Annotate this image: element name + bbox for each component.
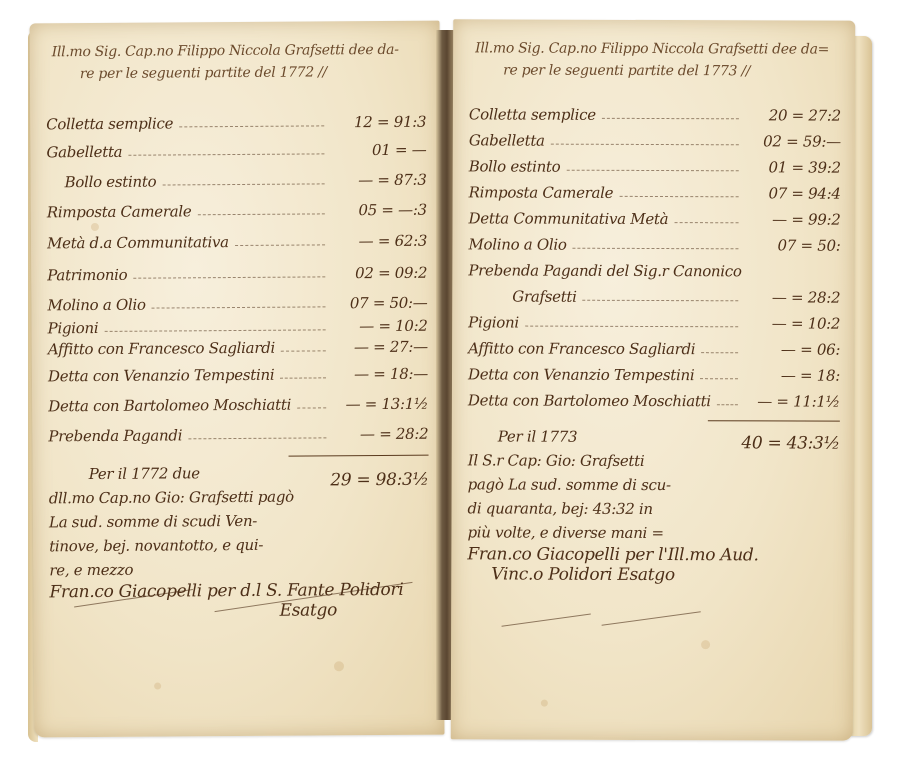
total-amount: 40 = 43:3½ xyxy=(741,433,839,453)
note-line: dll.mo Cap.no Gio: Grafsetti pagò xyxy=(49,485,294,511)
ledger-row: Detta con Bartolomeo Moschiatti— = 11:1½ xyxy=(468,387,840,414)
ledger-row: Molino a Olio07 = 50:— xyxy=(47,289,427,320)
ledger-row: Prebenda Pagandi— = 28:2 xyxy=(48,419,428,452)
header-line: re per le seguenti partite del 1772 // xyxy=(52,61,427,86)
entry-label: Metà d.a Communitativa xyxy=(47,233,229,252)
ledger-row: Colletta semplice12 = 91:3 xyxy=(46,109,426,138)
entry-amount: — = 10:2 xyxy=(332,317,428,336)
pen-flourish xyxy=(602,611,701,626)
ledger-row: Bollo estinto01 = 39:2 xyxy=(469,153,841,180)
header-line: Ill.mo Sig. Cap.no Filippo Niccola Grafs… xyxy=(475,37,850,60)
ledger-row: Gabelletta01 = — xyxy=(46,135,426,168)
signature-line: Fran.co Giacopelli per l'Ill.mo Aud. xyxy=(467,544,839,565)
entry-amount: 01 = 39:2 xyxy=(745,158,841,176)
entry-amount: — = 27:— xyxy=(332,338,428,357)
entry-amount: — = 11:1½ xyxy=(744,392,840,410)
note-line: tinove, bej. novantotto, e qui- xyxy=(49,533,294,559)
entry-label: Detta con Venanzio Tempestini xyxy=(468,365,694,384)
entry-label: Affitto con Francesco Sagliardi xyxy=(468,339,695,358)
signature-line: Vinc.o Polidori Esatgo xyxy=(467,564,839,585)
foxing-spot xyxy=(701,640,710,649)
entry-amount: — = 62:3 xyxy=(331,232,427,251)
ledger-row: Colletta semplice20 = 27:2 xyxy=(469,101,841,128)
ledger-row: Detta Communitativa Metà— = 99:2 xyxy=(469,205,841,232)
entry-amount: — = 87:3 xyxy=(331,171,427,190)
entry-label: Colletta semplice xyxy=(46,114,173,133)
signature-line: Esatgo xyxy=(50,600,430,623)
left-page: Ill.mo Sig. Cap.no Filippo Niccola Grafs… xyxy=(30,21,445,738)
entry-amount: — = 06: xyxy=(744,340,840,358)
total-rule xyxy=(289,455,429,457)
note-line: re, e mezzo xyxy=(49,557,294,583)
entry-amount: — = 10:2 xyxy=(744,314,840,332)
entry-label: Rimposta Camerale xyxy=(469,183,614,202)
entry-label: Pigioni xyxy=(48,319,99,337)
ledger-row: Detta con Venanzio Tempestini— = 18:— xyxy=(48,359,428,392)
note-line: pagò La sud. somme di scu- xyxy=(468,472,671,497)
entry-label: Grafsetti xyxy=(468,287,576,305)
total-amount: 29 = 98:3½ xyxy=(330,470,428,491)
entry-label: Colletta semplice xyxy=(469,105,596,123)
signature-block: Fran.co Giacopelli per l'Ill.mo Aud. Vin… xyxy=(467,544,839,585)
entry-label: Rimposta Camerale xyxy=(47,202,192,221)
entry-amount: 02 = 09:2 xyxy=(331,264,427,283)
ledger-row: Pigioni— = 10:2 xyxy=(468,309,840,336)
foxing-spot xyxy=(154,683,161,690)
ledger-row: Affitto con Francesco Sagliardi— = 27:— xyxy=(48,335,428,362)
left-page-header: Ill.mo Sig. Cap.no Filippo Niccola Grafs… xyxy=(52,39,427,86)
right-ledger-entries: Colletta semplice20 = 27:2 Gabelletta02 … xyxy=(467,101,841,585)
note-line: Il S.r Cap: Gio: Grafsetti xyxy=(468,448,671,473)
total-rule xyxy=(708,420,840,421)
entry-amount: 01 = — xyxy=(330,141,426,160)
entry-amount: — = 28:2 xyxy=(744,288,840,306)
entry-amount: 05 = —:3 xyxy=(331,201,427,220)
ledger-row: Gabelletta02 = 59:— xyxy=(469,127,841,154)
entry-amount: — = 18: xyxy=(744,366,840,384)
entry-label: Detta con Venanzio Tempestini xyxy=(48,366,274,386)
entry-label: Detta con Bartolomeo Moschiatti xyxy=(468,391,711,410)
right-page: Ill.mo Sig. Cap.no Filippo Niccola Grafs… xyxy=(451,19,856,740)
entry-label: Detta con Bartolomeo Moschiatti xyxy=(48,396,291,416)
header-line: Ill.mo Sig. Cap.no Filippo Niccola Grafs… xyxy=(52,39,427,64)
payment-note: Per il 1773 Il S.r Cap: Gio: Grafsetti p… xyxy=(467,424,671,545)
signature-line: Fran.co Giacopelli per d.l S. Fante Poli… xyxy=(49,580,429,603)
foxing-spot xyxy=(334,661,344,671)
foxing-spot xyxy=(541,700,548,707)
right-page-header: Ill.mo Sig. Cap.no Filippo Niccola Grafs… xyxy=(475,37,850,82)
ledger-row: Prebenda Pagandi del Sig.r Canonico xyxy=(468,257,840,284)
note-heading: Per il 1772 due xyxy=(49,461,294,487)
ledger-row: Grafsetti— = 28:2 xyxy=(468,283,840,310)
open-ledger-book: Ill.mo Sig. Cap.no Filippo Niccola Grafs… xyxy=(0,0,900,766)
total-row: Per il 1772 due dll.mo Cap.no Gio: Grafs… xyxy=(49,460,430,583)
entry-label: Pigioni xyxy=(468,313,519,331)
entry-amount: 07 = 50: xyxy=(744,236,840,254)
ledger-row: Bollo estinto— = 87:3 xyxy=(47,165,427,198)
total-row: Per il 1773 Il S.r Cap: Gio: Grafsetti p… xyxy=(467,424,839,545)
pen-flourish xyxy=(502,614,591,627)
entry-amount: — = 13:1½ xyxy=(332,395,428,414)
entry-label: Prebenda Pagandi del Sig.r Canonico xyxy=(468,261,741,280)
payment-note: Per il 1772 due dll.mo Cap.no Gio: Grafs… xyxy=(49,461,295,583)
ledger-row: Detta con Bartolomeo Moschiatti— = 13:1½ xyxy=(48,389,428,422)
note-heading: Per il 1773 xyxy=(468,424,671,449)
ledger-row: Rimposta Camerale07 = 94:4 xyxy=(469,179,841,206)
entry-amount: 02 = 59:— xyxy=(745,132,841,150)
entry-label: Bollo estinto xyxy=(469,157,561,175)
entry-label: Prebenda Pagandi xyxy=(48,426,182,445)
entry-amount: 07 = 50:— xyxy=(331,294,427,313)
entry-amount: — = 99:2 xyxy=(745,210,841,228)
entry-label: Bollo estinto xyxy=(47,173,157,192)
header-line: re per le seguenti partite del 1773 // xyxy=(475,59,850,82)
ledger-row: Patrimonio02 = 09:2 xyxy=(47,257,427,292)
note-line: La sud. somme di scudi Ven- xyxy=(49,509,294,535)
entry-amount: 20 = 27:2 xyxy=(745,106,841,124)
entry-amount: 07 = 94:4 xyxy=(745,184,841,202)
ledger-row: Metà d.a Communitativa— = 62:3 xyxy=(47,225,427,260)
entry-amount: — = 18:— xyxy=(332,365,428,384)
entry-label: Molino a Olio xyxy=(468,235,566,253)
ledger-row: Affitto con Francesco Sagliardi— = 06: xyxy=(468,335,840,362)
entry-label: Gabelletta xyxy=(46,143,122,162)
ledger-row: Molino a Olio07 = 50: xyxy=(468,231,840,258)
left-ledger-entries: Colletta semplice12 = 91:3 Gabelletta01 … xyxy=(46,109,430,623)
entry-label: Detta Communitativa Metà xyxy=(469,209,669,228)
entry-label: Patrimonio xyxy=(47,266,127,285)
ledger-row: Detta con Venanzio Tempestini— = 18: xyxy=(468,361,840,388)
entry-label: Molino a Olio xyxy=(47,296,145,315)
ledger-row: Rimposta Camerale05 = —:3 xyxy=(47,195,427,228)
note-line: più volte, e diverse mani = xyxy=(467,520,670,545)
note-line: di quaranta, bej: 43:32 in xyxy=(468,496,671,521)
entry-amount: — = 28:2 xyxy=(332,425,428,444)
entry-label: Gabelletta xyxy=(469,131,545,149)
entry-amount: 12 = 91:3 xyxy=(330,113,426,132)
entry-label: Affitto con Francesco Sagliardi xyxy=(48,339,275,359)
